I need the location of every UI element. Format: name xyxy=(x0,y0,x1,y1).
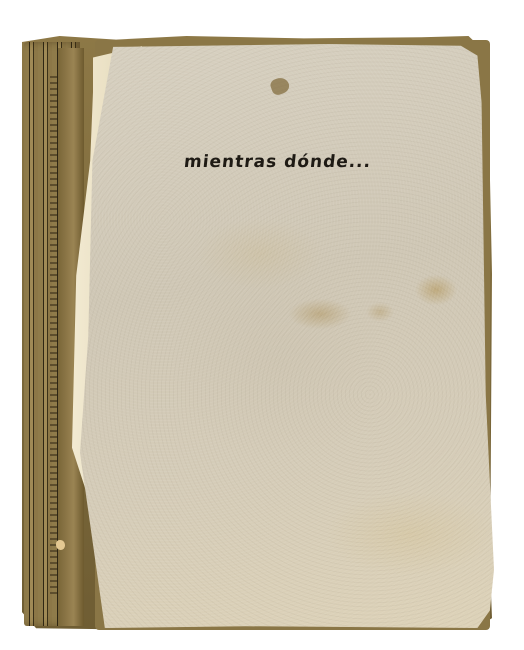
spine-stitching xyxy=(50,76,58,596)
cover-paper: mientras dónde... xyxy=(80,44,494,628)
notebook-photo: mientras dónde... xyxy=(0,0,524,650)
paper-texture xyxy=(80,44,494,628)
spine-damage-spot xyxy=(56,540,65,550)
handwritten-title: mientras dónde... xyxy=(183,152,385,172)
